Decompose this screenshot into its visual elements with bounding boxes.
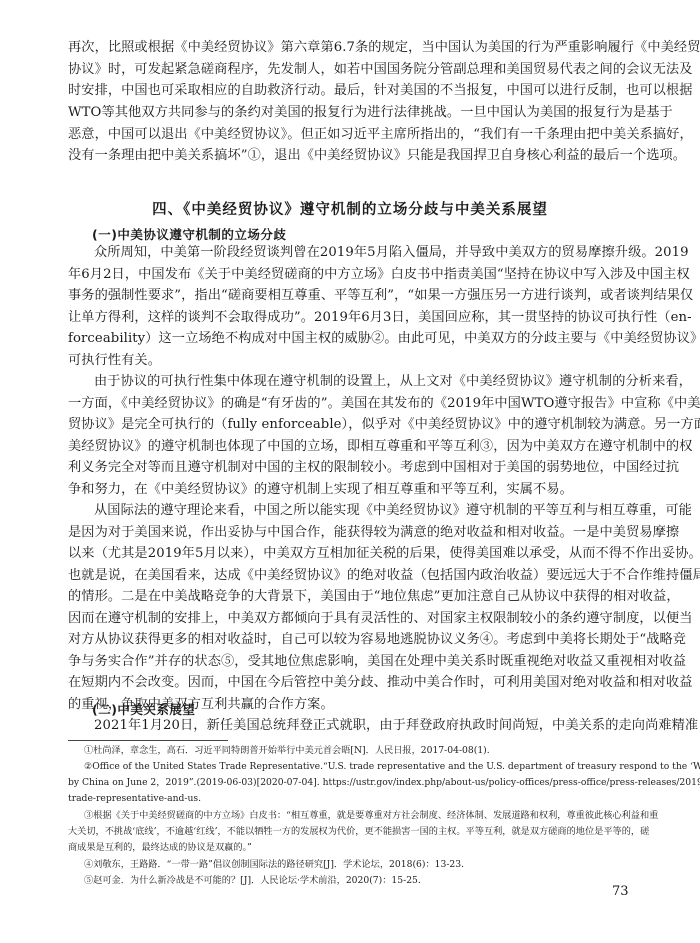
- body-line: 从国际法的遵守理论来看，中国之所以能实现《中美经贸协议》遵守机制的平等互利与相互…: [94, 503, 630, 519]
- body-line: 2021年1月20日，新任美国总统拜登正式就职，由于拜登政府执政时间尚短，中美关…: [94, 718, 630, 734]
- body-line: 以来（尤其是2019年5月以来），中美双方互相加征关税的后果，使得美国难以承受，…: [68, 546, 630, 562]
- body-line: 争和努力，在《中美经贸协议》的遵守机制上实现了相互尊重和平等互利，实属不易。: [68, 482, 630, 498]
- body-line: WTO等其他双方共同参与的条约对美国的报复行为进行法律挑战。一旦中国认为美国的报…: [68, 105, 630, 121]
- body-line: 贸协议》是完全可执行的（fully enforceable），似乎对《中美经贸协…: [68, 417, 630, 433]
- body-line: 恶意，中国可以退出《中美经贸协议》。但正如习近平主席所指出的，“我们有一千条理由…: [68, 127, 630, 143]
- footnote-3-cont: 商成果是互利的，最终达成的协议是双赢的。”: [68, 842, 630, 854]
- subsection-heading-2: (二)中美关系展望: [92, 700, 195, 718]
- body-line: 是因为对于美国来说，作出妥协与中国合作，能获得较为满意的绝对收益和相对收益。一是…: [68, 525, 630, 541]
- section-heading: 四、《中美经贸协议》遵守机制的立场分歧与中美关系展望: [0, 198, 700, 219]
- footnote-1: ①杜尚泽，章念生，高石．习近平同特朗普开始举行中美元首会晤[N]．人民日报，20…: [84, 745, 630, 757]
- body-line: 一方面，《中美经贸协议》的确是“有牙齿的”。美国在其发布的《2019年中国WTO…: [68, 396, 630, 412]
- footnote-3-cont: 大关切，不挑战‘底线’，不逾越‘红线’，不能以牺牲一方的发展权为代价，更不能损害…: [68, 826, 630, 838]
- footnote-divider: [68, 740, 228, 741]
- footnote-4: ④刘敬东，王路路．“一带一路”倡议创制国际法的路径研究[J]．学术论坛，2018…: [84, 859, 630, 871]
- page-number: 73: [612, 884, 629, 899]
- body-line: 争与务实合作”并存的状态⑤，受其地位焦虑影响，美国在处理中美关系时既重视绝对收益…: [68, 654, 630, 670]
- subsection-heading-1: (一)中美协议遵守机制的立场分歧: [92, 225, 286, 243]
- body-line: 再次，比照或根据《中美经贸协议》第六章第6.7条的规定，当中国认为美国的行为严重…: [68, 40, 630, 56]
- body-line: 众所周知，中美第一阶段经贸谈判曾在2019年5月陷入僵局，并导致中美双方的贸易摩…: [94, 245, 630, 261]
- body-line: 因而在遵守机制的安排上，中美双方都倾向于具有灵活性的、对国家主权限制较小的条约遵…: [68, 611, 630, 627]
- body-line: 没有一条理由把中美关系搞坏”①，退出《中美经贸协议》只能是我国捍卫自身核心利益的…: [68, 148, 630, 164]
- body-line: 在短期内不会改变。因而，中国在今后管控中美分歧、推动中美合作时，可利用美国对绝对…: [68, 675, 630, 691]
- body-line: 时安排，中国也可采取相应的自助救济行动。最后，针对美国的不当报复，中国可以进行反…: [68, 83, 630, 99]
- body-line: 对方从协议获得更多的相对收益时，自己可以较为容易地逃脱协议义务④。考虑到中美将长…: [68, 632, 630, 648]
- footnote-2: ②Office of the United States Trade Repre…: [84, 761, 630, 773]
- body-line: 的情形。二是在中美战略竞争的大背景下，美国由于“地位焦虑”更加注意自己从协议中获…: [68, 589, 630, 605]
- body-line: 美经贸协议》的遵守机制也体现了中国的立场，即相互尊重和平等互利③，因为中美双方在…: [68, 439, 630, 455]
- body-line: 年6月2日，中国发布《关于中美经贸磋商的中方立场》白皮书中指责美国“坚持在协议中…: [68, 267, 630, 283]
- body-line: 让单方得利，这样的谈判不会取得成功”。2019年6月3日，美国回应称，其一贯坚持…: [68, 310, 630, 326]
- footnote-2-cont: trade-representative-and-us.: [68, 793, 630, 805]
- journal-page: 再次，比照或根据《中美经贸协议》第六章第6.7条的规定，当中国认为美国的行为严重…: [0, 0, 700, 943]
- body-line: 由于协议的可执行性集中体现在遵守机制的设置上，从上文对《中美经贸协议》遵守机制的…: [94, 374, 630, 390]
- footnote-5: ⑤赵可金．为什么新冷战是不可能的？[J]．人民论坛·学术前沿，2020(7)：1…: [84, 875, 630, 887]
- body-line: 事务的强制性要求”，指出“磋商要相互尊重、平等互利”，“如果一方强压另一方进行谈…: [68, 288, 630, 304]
- footnote-3: ③根据《关于中美经贸磋商的中方立场》白皮书：“相互尊重，就是要尊重对方社会制度、…: [84, 810, 630, 822]
- body-line: 协议》时，可发起紧急磋商程序，先发制人，如若中国国务院分管副总理和美国贸易代表之…: [68, 62, 630, 78]
- body-line: 可执行性有关。: [68, 353, 630, 369]
- footnote-2-cont: by China on June 2，2019”.(2019-06-03)[20…: [68, 777, 630, 789]
- body-line: 也就是说，在美国看来，达成《中美经贸协议》的绝对收益（包括国内政治收益）要远远大…: [68, 568, 630, 584]
- body-line: 利义务完全对等而且遵守机制对中国的主权的限制较小。考虑到中国相对于美国的弱势地位…: [68, 460, 630, 476]
- body-line: forceability）这一立场绝不构成对中国主权的威胁②。由此可见，中美双方…: [68, 331, 630, 347]
